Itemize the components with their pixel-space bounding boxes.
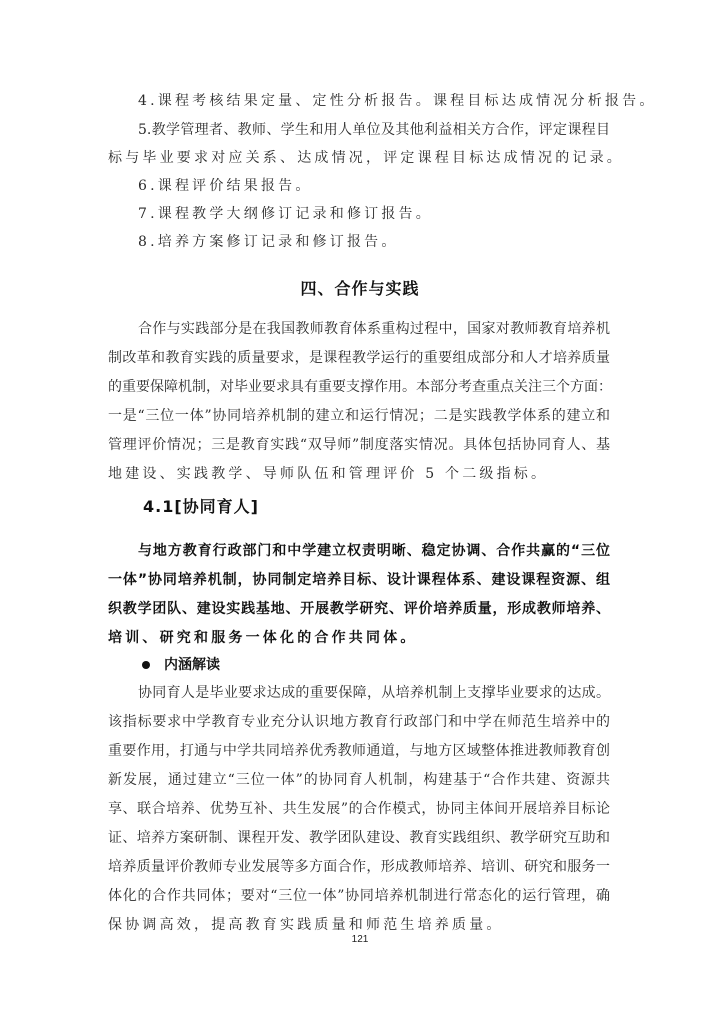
bullet-heading: 内涵解读 bbox=[142, 654, 220, 674]
intro-paragraph-line: 的重要保障机制，对毕业要求具有重要支撑作用。本部分考查重点关注三个方面： bbox=[108, 377, 610, 397]
bullet-dot-icon bbox=[142, 661, 150, 669]
interpretation-line: 享、联合培养、优势互补、共生发展”的合作模式，协同主体间开展培养目标论 bbox=[108, 799, 610, 819]
interpretation-line: 新发展，通过建立“三位一体”的协同育人机制，构建基于“合作共建、资源共 bbox=[108, 770, 610, 790]
list-item-5-cont: 标与毕业要求对应关系、达成情况，评定课程目标达成情况的记录。 bbox=[108, 148, 610, 168]
standard-paragraph-line: 培训、研究和服务一体化的合作共同体。 bbox=[108, 628, 610, 648]
intro-paragraph-line: 一是“三位一体”协同培养机制的建立和运行情况；二是实践教学体系的建立和 bbox=[108, 406, 610, 426]
standard-paragraph-line: 织教学团队、建设实践基地、开展教学研究、评价培养质量，形成教师培养、 bbox=[108, 599, 610, 619]
interpretation-line: 该指标要求中学教育专业充分认识地方教育行政部门和中学在师范生培养中的 bbox=[108, 712, 610, 732]
standard-paragraph-line: 与地方教育行政部门和中学建立权责明晰、稳定协调、合作共赢的“三位 bbox=[138, 541, 610, 561]
standard-paragraph-line: 一体”协同培养机制，协同制定培养目标、设计课程体系、建设课程资源、组 bbox=[108, 570, 610, 590]
list-item-5: 5.教学管理者、教师、学生和用人单位及其他利益相关方合作，评定课程目 bbox=[138, 120, 610, 140]
intro-paragraph-line: 地建设、实践教学、导师队伍和管理评价 5 个二级指标。 bbox=[108, 464, 610, 484]
interpretation-line: 体化的合作共同体；要对“三位一体”协同培养机制进行常态化的运行管理，确 bbox=[108, 886, 610, 906]
list-item-6: 6.课程评价结果报告。 bbox=[138, 176, 610, 196]
interpretation-line: 培养质量评价教师专业发展等多方面合作，形成教师培养、培训、研究和服务一 bbox=[108, 857, 610, 877]
intro-paragraph-line: 制改革和教育实践的质量要求，是课程教学运行的重要组成部分和人才培养质量 bbox=[108, 348, 610, 368]
interpretation-line: 保协调高效，提高教育实践质量和师范生培养质量。 bbox=[108, 915, 610, 935]
section-title: 四、合作与实践 bbox=[0, 276, 720, 299]
list-item-8: 8.培养方案修订记录和修订报告。 bbox=[138, 232, 610, 252]
interpretation-line: 重要作用，打通与中学共同培养优秀教师通道，与地方区域整体推进教师教育创 bbox=[108, 741, 610, 761]
page-number: 121 bbox=[0, 934, 720, 945]
bullet-heading-label: 内涵解读 bbox=[164, 657, 220, 673]
list-item-7: 7.课程教学大纲修订记录和修订报告。 bbox=[138, 204, 610, 224]
list-item-4: 4.课程考核结果定量、定性分析报告。课程目标达成情况分析报告。 bbox=[138, 91, 610, 111]
subsection-title: 4.1[协同育人] bbox=[143, 494, 259, 517]
intro-paragraph-line: 管理评价情况；三是教育实践“双导师”制度落实情况。具体包括协同育人、基 bbox=[108, 435, 610, 455]
interpretation-line: 协同育人是毕业要求达成的重要保障，从培养机制上支撑毕业要求的达成。 bbox=[138, 683, 610, 703]
interpretation-line: 证、培养方案研制、课程开发、教学团队建设、教育实践组织、教学研究互助和 bbox=[108, 828, 610, 848]
intro-paragraph-line: 合作与实践部分是在我国教师教育体系重构过程中，国家对教师教育培养机 bbox=[138, 319, 610, 339]
